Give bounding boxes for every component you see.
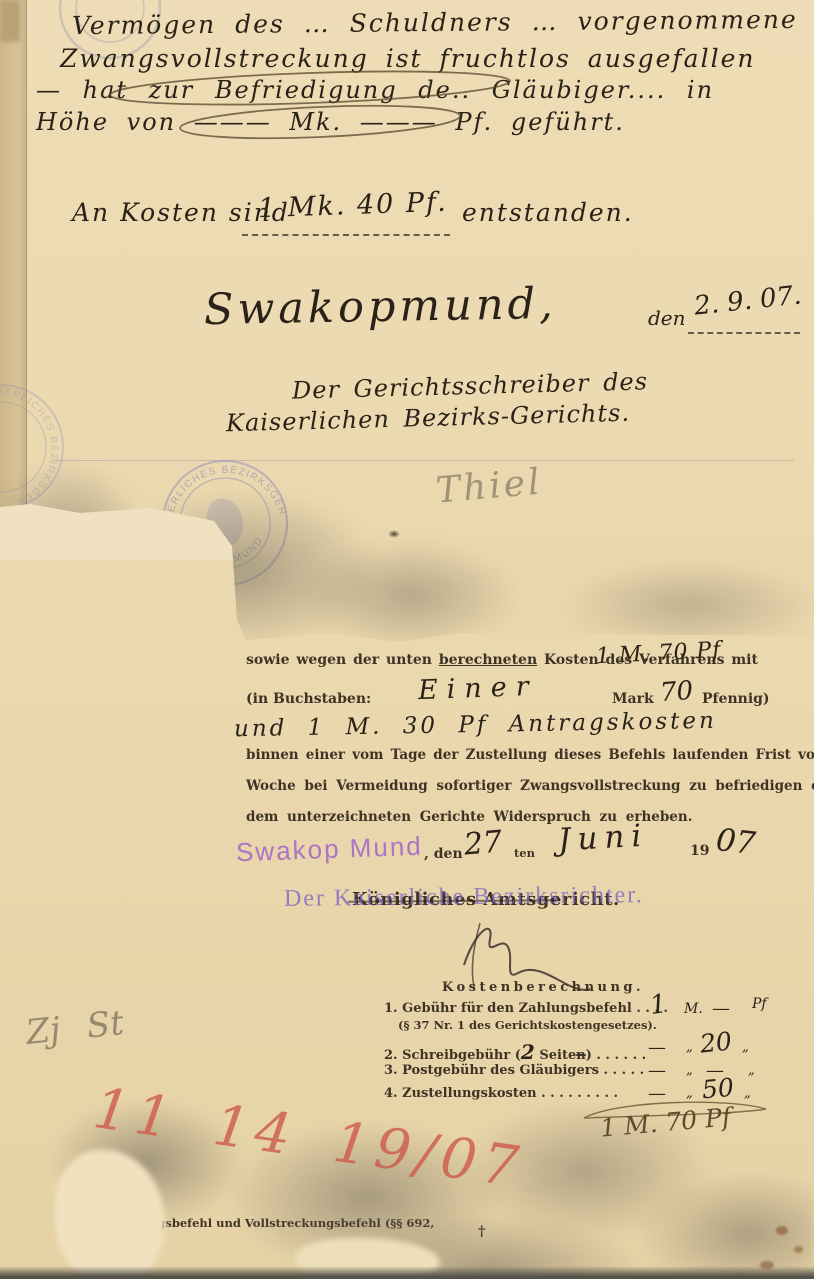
kosten-item-2: 2. Schreibgebühr (2 Seiten) . . . . . . (384, 1040, 646, 1064)
kosten-value-3-q1: „ (686, 1063, 693, 1078)
form-mark-label: Mark (612, 691, 654, 707)
closing-bezirksgericht: Kaiserlichen Bezirks-Gerichts. (226, 399, 631, 438)
form-body-line1: binnen einer vom Tage der Zustellung die… (246, 747, 814, 763)
form-intro-pre: sowie wegen der unten (246, 652, 439, 668)
kosten-value-2-q1: „ (686, 1040, 693, 1055)
handwritten-month: Juni (557, 818, 649, 859)
kosten-item-2-label-mid: Seite (539, 1048, 576, 1063)
partial-court-seal-left: KAISERLICHES BEZIRKSGERICHT (0, 349, 99, 544)
place-den: den (648, 306, 686, 330)
costs-suffix: entstanden. (462, 198, 634, 227)
kosten-item-2-insert: 2 (521, 1040, 535, 1064)
kosten-item-4-number: 4. (384, 1086, 398, 1101)
pencil-signature: Thiel (434, 461, 544, 511)
ink-speck (388, 530, 400, 538)
form-year-prefix: 19 (690, 843, 709, 859)
handwritten-date-2-9-07: 2. 9. 07. (693, 280, 803, 321)
kosten-value-2-q2: „ (742, 1040, 749, 1055)
kosten-item-1-sub: (§ 37 Nr. 1 des Gerichtskostengesetzes). (398, 1018, 657, 1032)
kosten-value-1-pf-unit: Pf (752, 996, 767, 1012)
form-den-label: , den (424, 846, 463, 862)
costs-amount: 1 Mk. 40 Pf. (258, 187, 449, 225)
upper-document-page: Vermögen des … Schuldners … vorgenommene… (0, 0, 814, 644)
court-stamp-bezirksrichter: Der Kaiserliche Bezirksrichter. (284, 882, 644, 913)
kosten-item-3-dots: . . . . . (603, 1063, 644, 1078)
strike-through-marks (20, 58, 780, 158)
kosten-value-2-mark: — (648, 1037, 666, 1058)
handwritten-line-vermoegen: Vermögen des … Schuldners … vorgenommene (72, 5, 798, 40)
date-dashed-underline (688, 330, 800, 334)
kosten-value-1-pf: — (712, 998, 730, 1019)
kosten-item-2-label: Schreibgebühr ( (402, 1048, 521, 1063)
form-intro-underlined: berechneten (439, 652, 537, 668)
kosten-item-1: 1. Gebühr für den Zahlungsbefehl . . . . (384, 1001, 668, 1016)
handwritten-day: 27 (463, 824, 504, 862)
kosten-item-1-number: 1. (384, 1001, 398, 1016)
top-left-edge-wear (0, 0, 20, 42)
handwritten-year: 07 (714, 822, 757, 862)
costs-dashed-underline (242, 232, 450, 236)
rust-speck-2 (794, 1246, 803, 1253)
place-swakopmund: Swakopmund, (204, 279, 558, 335)
form-ten-suffix: ten (514, 846, 535, 860)
kosten-item-4-label: Zustellungskosten (402, 1086, 536, 1101)
kosten-value-3-mark: — (648, 1060, 666, 1081)
place-stamp-swakopmund: Swakop Mund (236, 831, 424, 868)
rust-speck-1 (776, 1226, 788, 1235)
kosten-item-3-number: 3. (384, 1063, 398, 1078)
kosten-value-3-q2: „ (748, 1063, 755, 1078)
kosten-item-2-struck-letter: n (576, 1048, 585, 1063)
kosten-item-3: 3. Postgebühr des Gläubigers . . . . . (384, 1063, 644, 1078)
kosten-item-2-number: 2. (384, 1048, 398, 1063)
scan-bottom-edge (0, 1266, 814, 1279)
kosten-item-2-label-end: ) (586, 1048, 592, 1063)
kosten-item-3-label: Postgebühr des Gläubigers (402, 1063, 599, 1078)
handwritten-pfennig-value: 70 (659, 676, 694, 708)
kosten-item-2-dots: . . . . . . (596, 1048, 646, 1063)
form-pfennig-label: Pfennig) (702, 691, 770, 707)
kosten-item-1-label: Gebühr für den Zahlungsbefehl (402, 1001, 632, 1016)
archival-document-scan: sowie wegen der unten berechneten Kosten… (0, 0, 814, 1279)
kosten-value-1-mark-unit: M. (684, 1001, 703, 1017)
handwritten-amount-words: Einer (417, 671, 538, 706)
form-body-line2: Woche bei Vermeidung sofortiger Zwangsvo… (246, 778, 814, 794)
kosten-title: Kostenberechnung. (442, 980, 644, 995)
form-buchstaben-label: (in Buchstaben: (246, 691, 371, 707)
kosten-value-2-pf: 20 (699, 1026, 734, 1058)
